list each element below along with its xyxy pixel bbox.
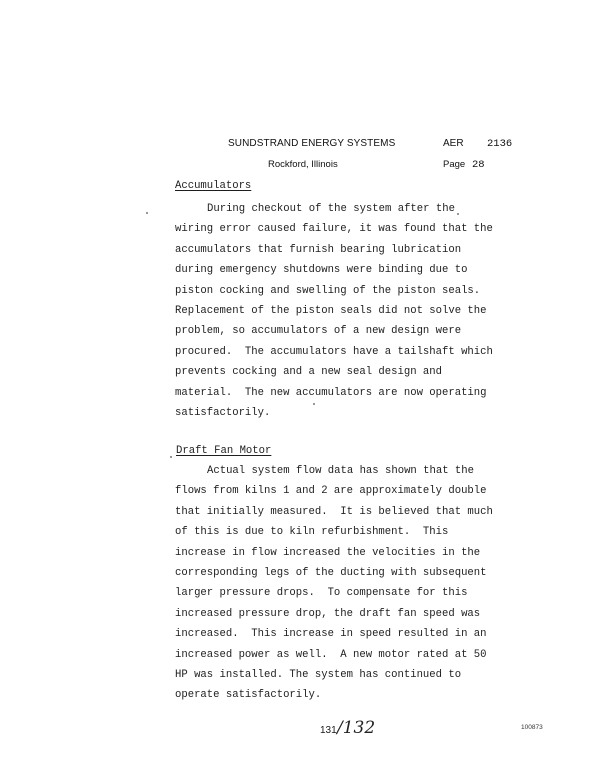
document-stamp-number: 100873 bbox=[521, 724, 543, 731]
text-line: increased pressure drop, the draft fan s… bbox=[175, 604, 515, 624]
scan-speck bbox=[146, 212, 148, 214]
company-location: Rockford, Illinois bbox=[268, 159, 338, 170]
text-line: that initially measured. It is believed … bbox=[175, 502, 515, 522]
text-line: of this is due to kiln refurbishment. Th… bbox=[175, 522, 515, 542]
paragraph-accumulators: During checkout of the system after the … bbox=[175, 199, 515, 423]
text-line: HP was installed. The system has continu… bbox=[175, 665, 515, 685]
aer-label: AER bbox=[443, 138, 464, 149]
section-heading-draft-fan-motor: Draft Fan Motor bbox=[176, 445, 271, 457]
section-heading-accumulators: Accumulators bbox=[175, 180, 251, 192]
company-name: SUNDSTRAND ENERGY SYSTEMS bbox=[228, 138, 395, 149]
text-line: increase in flow increased the velocitie… bbox=[175, 543, 515, 563]
scan-speck bbox=[313, 403, 315, 405]
text-line: Replacement of the piston seals did not … bbox=[175, 301, 515, 321]
page-number: 28 bbox=[472, 159, 485, 171]
text-line: increased power as well. A new motor rat… bbox=[175, 645, 515, 665]
text-line: increased. This increase in speed result… bbox=[175, 624, 515, 644]
text-line: corresponding legs of the ducting with s… bbox=[175, 563, 515, 583]
text-line: problem, so accumulators of a new design… bbox=[175, 321, 515, 341]
text-line: flows from kilns 1 and 2 are approximate… bbox=[175, 481, 515, 501]
text-line: wiring error caused failure, it was foun… bbox=[175, 219, 515, 239]
text-line: accumulators that furnish bearing lubric… bbox=[175, 240, 515, 260]
text-line: procured. The accumulators have a tailsh… bbox=[175, 342, 515, 362]
text-line: operate satisfactorily. bbox=[175, 685, 515, 705]
scan-speck bbox=[170, 456, 172, 458]
text-line: During checkout of the system after the bbox=[175, 199, 515, 219]
aer-number: 2136 bbox=[487, 138, 512, 150]
text-line: larger pressure drops. To compensate for… bbox=[175, 583, 515, 603]
text-line: piston cocking and swelling of the pisto… bbox=[175, 281, 515, 301]
paragraph-draft-fan-motor: Actual system flow data has shown that t… bbox=[175, 461, 515, 706]
text-line: prevents cocking and a new seal design a… bbox=[175, 362, 515, 382]
printed-folio-number: 131 bbox=[320, 725, 337, 736]
text-line: during emergency shutdowns were binding … bbox=[175, 260, 515, 280]
scan-speck bbox=[457, 213, 459, 215]
text-line: Actual system flow data has shown that t… bbox=[175, 461, 515, 481]
text-line: satisfactorily. bbox=[175, 403, 515, 423]
handwritten-folio-number: /132 bbox=[337, 718, 375, 738]
text-line: material. The new accumulators are now o… bbox=[175, 383, 515, 403]
page-label: Page bbox=[443, 159, 465, 170]
